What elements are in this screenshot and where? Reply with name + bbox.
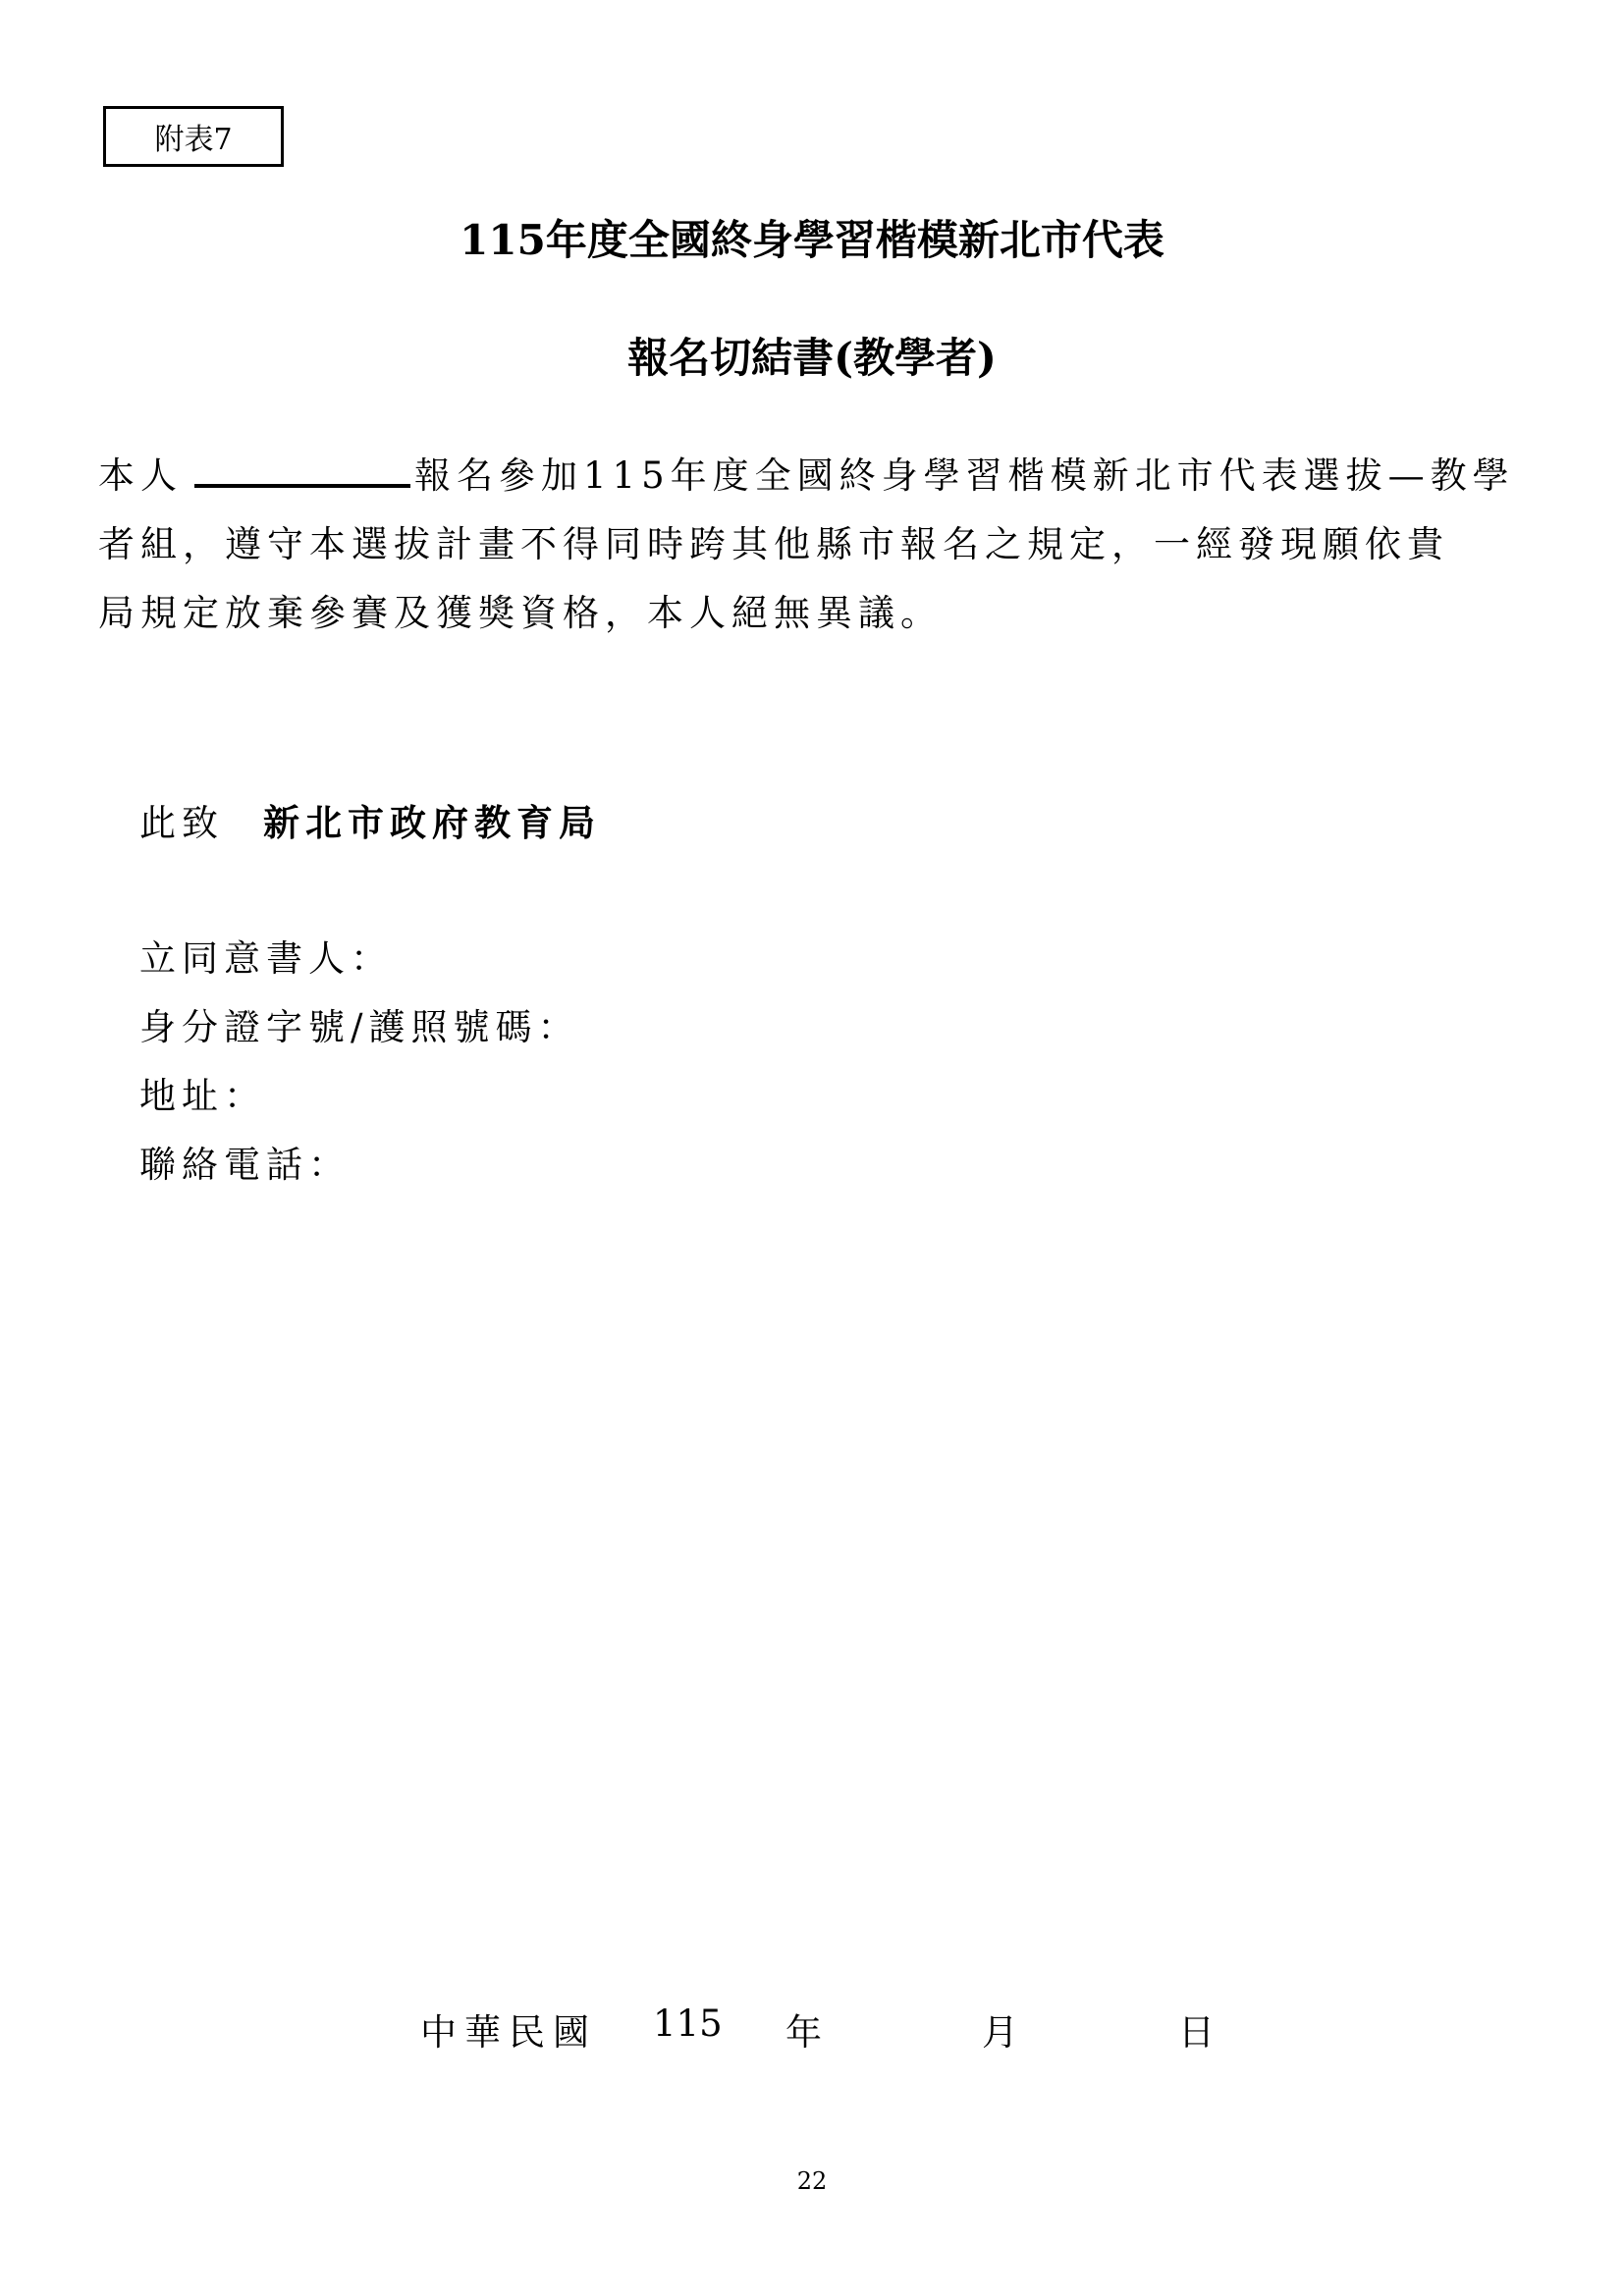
field-signatory[interactable]: 立同意書人：	[139, 925, 579, 993]
page-number: 22	[0, 2167, 1624, 2195]
closing-salutation: 此致	[139, 802, 224, 844]
field-address[interactable]: 地址：	[139, 1062, 579, 1131]
closing-recipient: 新北市政府教育局	[263, 801, 601, 844]
date-month-unit: 月	[982, 2002, 1018, 2056]
signatory-fields: 立同意書人： 身分證字號/護照號碼： 地址： 聯絡電話：	[139, 925, 579, 1200]
field-label: 立同意書人：	[139, 937, 393, 980]
date-day-unit: 日	[1178, 2002, 1215, 2056]
date-era: 中華民國	[420, 2002, 597, 2056]
field-phone[interactable]: 聯絡電話：	[139, 1131, 579, 1200]
field-label: 身分證字號/護照號碼：	[139, 1006, 579, 1048]
field-label: 聯絡電話：	[139, 1144, 351, 1186]
date-year-unit: 年	[785, 2002, 822, 2056]
statement-line-1: 本人報名參加115年度全國終身學習楷模新北市代表選拔—教學	[98, 442, 1532, 510]
closing: 此致新北市政府教育局	[139, 793, 601, 846]
annex-label-box: 附表7	[103, 106, 284, 167]
document-title-line2: 報名切結書(教學者)	[0, 326, 1624, 385]
statement-prefix: 本人	[98, 454, 183, 497]
statement-line-2: 者組，遵守本選拔計畫不得同時跨其他縣市報名之規定，一經發現願依貴	[98, 510, 1532, 579]
statement-line-3: 局規定放棄參賽及獲獎資格，本人絕無異議。	[98, 579, 1532, 648]
field-label: 地址：	[139, 1075, 266, 1117]
document-title-line1: 115年度全國終身學習楷模新北市代表	[0, 208, 1624, 267]
name-blank-field[interactable]	[194, 447, 410, 488]
statement-paragraph: 本人報名參加115年度全國終身學習楷模新北市代表選拔—教學 者組，遵守本選拔計畫…	[98, 442, 1532, 648]
statement-line1-rest: 報名參加115年度全國終身學習楷模新北市代表選拔—教學	[414, 454, 1515, 497]
field-id-passport[interactable]: 身分證字號/護照號碼：	[139, 993, 579, 1062]
date-year: 115	[653, 2002, 723, 2045]
annex-label: 附表7	[154, 115, 232, 158]
